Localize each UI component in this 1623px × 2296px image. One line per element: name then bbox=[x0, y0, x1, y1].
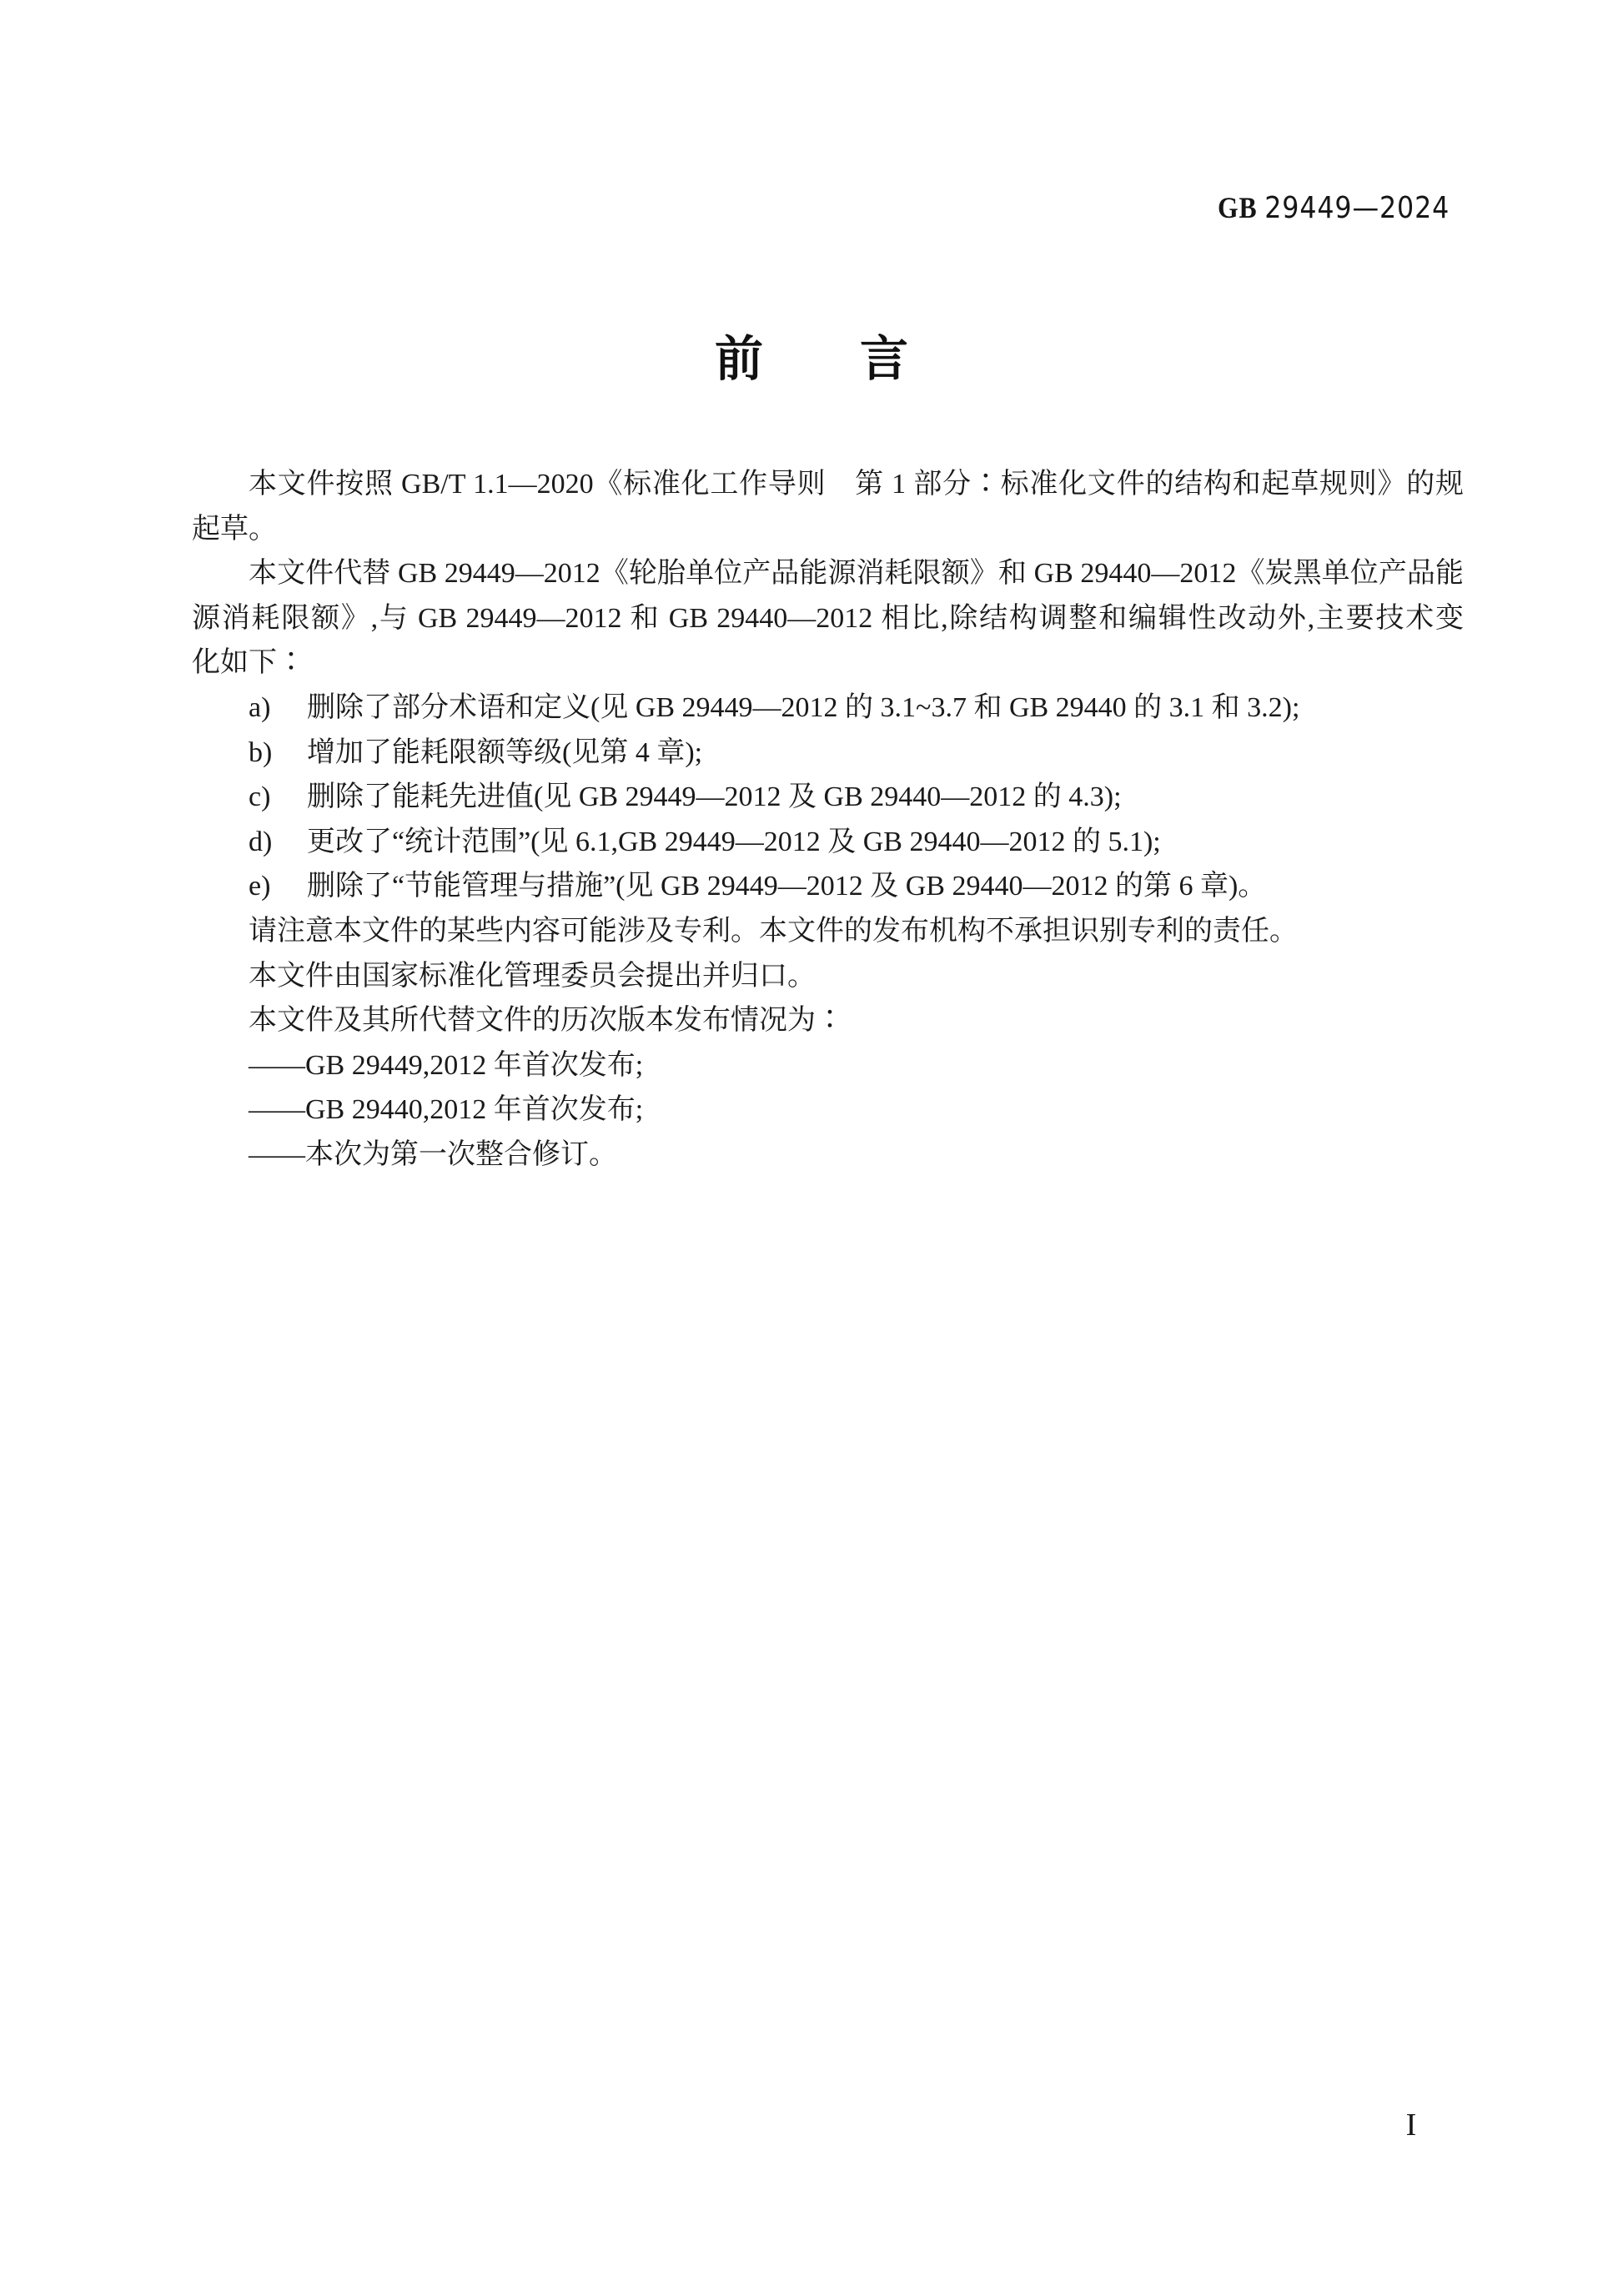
body-line: e)删除了“节能管理与措施”(见 GB 29449—2012 及 GB 2944… bbox=[192, 864, 1464, 909]
foreword-title: 前 言 bbox=[0, 330, 1623, 389]
body-line: 请注意本文件的某些内容可能涉及专利。本文件的发布机构不承担识别专利的责任。 bbox=[192, 909, 1464, 954]
body-line: 本文件代替 GB 29449—2012《轮胎单位产品能源消耗限额》和 GB 29… bbox=[192, 551, 1464, 596]
body-line: 本文件由国家标准化管理委员会提出并归口。 bbox=[192, 954, 1464, 999]
body-line: ——GB 29449,2012 年首次发布; bbox=[192, 1043, 1464, 1088]
body-line: 本文件按照 GB/T 1.1—2020《标准化工作导则 第 1 部分∶标准化文件… bbox=[192, 462, 1464, 507]
body-line: 化如下∶ bbox=[192, 641, 1464, 686]
list-marker: c) bbox=[249, 775, 307, 820]
list-marker: d) bbox=[249, 820, 307, 865]
standard-code-number: 29449—2024 bbox=[1264, 191, 1450, 225]
body-line: 本文件及其所代替文件的历次版本发布情况为∶ bbox=[192, 998, 1464, 1043]
list-text: 删除了部分术语和定义(见 GB 29449—2012 的 3.1~3.7 和 G… bbox=[307, 692, 1299, 723]
body-line: 源消耗限额》,与 GB 29449—2012 和 GB 29440—2012 相… bbox=[192, 596, 1464, 641]
list-text: 删除了能耗先进值(见 GB 29449—2012 及 GB 29440—2012… bbox=[307, 781, 1122, 812]
list-marker: b) bbox=[249, 731, 307, 776]
list-marker: e) bbox=[249, 864, 307, 909]
document-page: GB29449—2024 前 言 本文件按照 GB/T 1.1—2020《标准化… bbox=[0, 0, 1623, 2296]
standard-code-prefix: GB bbox=[1218, 191, 1258, 224]
list-marker: a) bbox=[249, 686, 307, 731]
list-text: 增加了能耗限额等级(见第 4 章); bbox=[307, 737, 702, 768]
body-line: 起草。 bbox=[192, 507, 1464, 552]
list-text: 更改了“统计范围”(见 6.1,GB 29449—2012 及 GB 29440… bbox=[307, 826, 1161, 857]
body: 本文件按照 GB/T 1.1—2020《标准化工作导则 第 1 部分∶标准化文件… bbox=[192, 462, 1464, 1178]
body-line: a)删除了部分术语和定义(见 GB 29449—2012 的 3.1~3.7 和… bbox=[192, 686, 1464, 731]
body-line: b)增加了能耗限额等级(见第 4 章); bbox=[192, 731, 1464, 776]
body-line: c)删除了能耗先进值(见 GB 29449—2012 及 GB 29440—20… bbox=[192, 775, 1464, 820]
body-line: ——本次为第一次整合修订。 bbox=[192, 1133, 1464, 1178]
list-text: 删除了“节能管理与措施”(见 GB 29449—2012 及 GB 29440—… bbox=[307, 871, 1266, 902]
page-number: I bbox=[1386, 2107, 1436, 2143]
body-line: d)更改了“统计范围”(见 6.1,GB 29449—2012 及 GB 294… bbox=[192, 820, 1464, 865]
body-line: ——GB 29440,2012 年首次发布; bbox=[192, 1088, 1464, 1133]
standard-code: GB29449—2024 bbox=[1218, 190, 1450, 225]
